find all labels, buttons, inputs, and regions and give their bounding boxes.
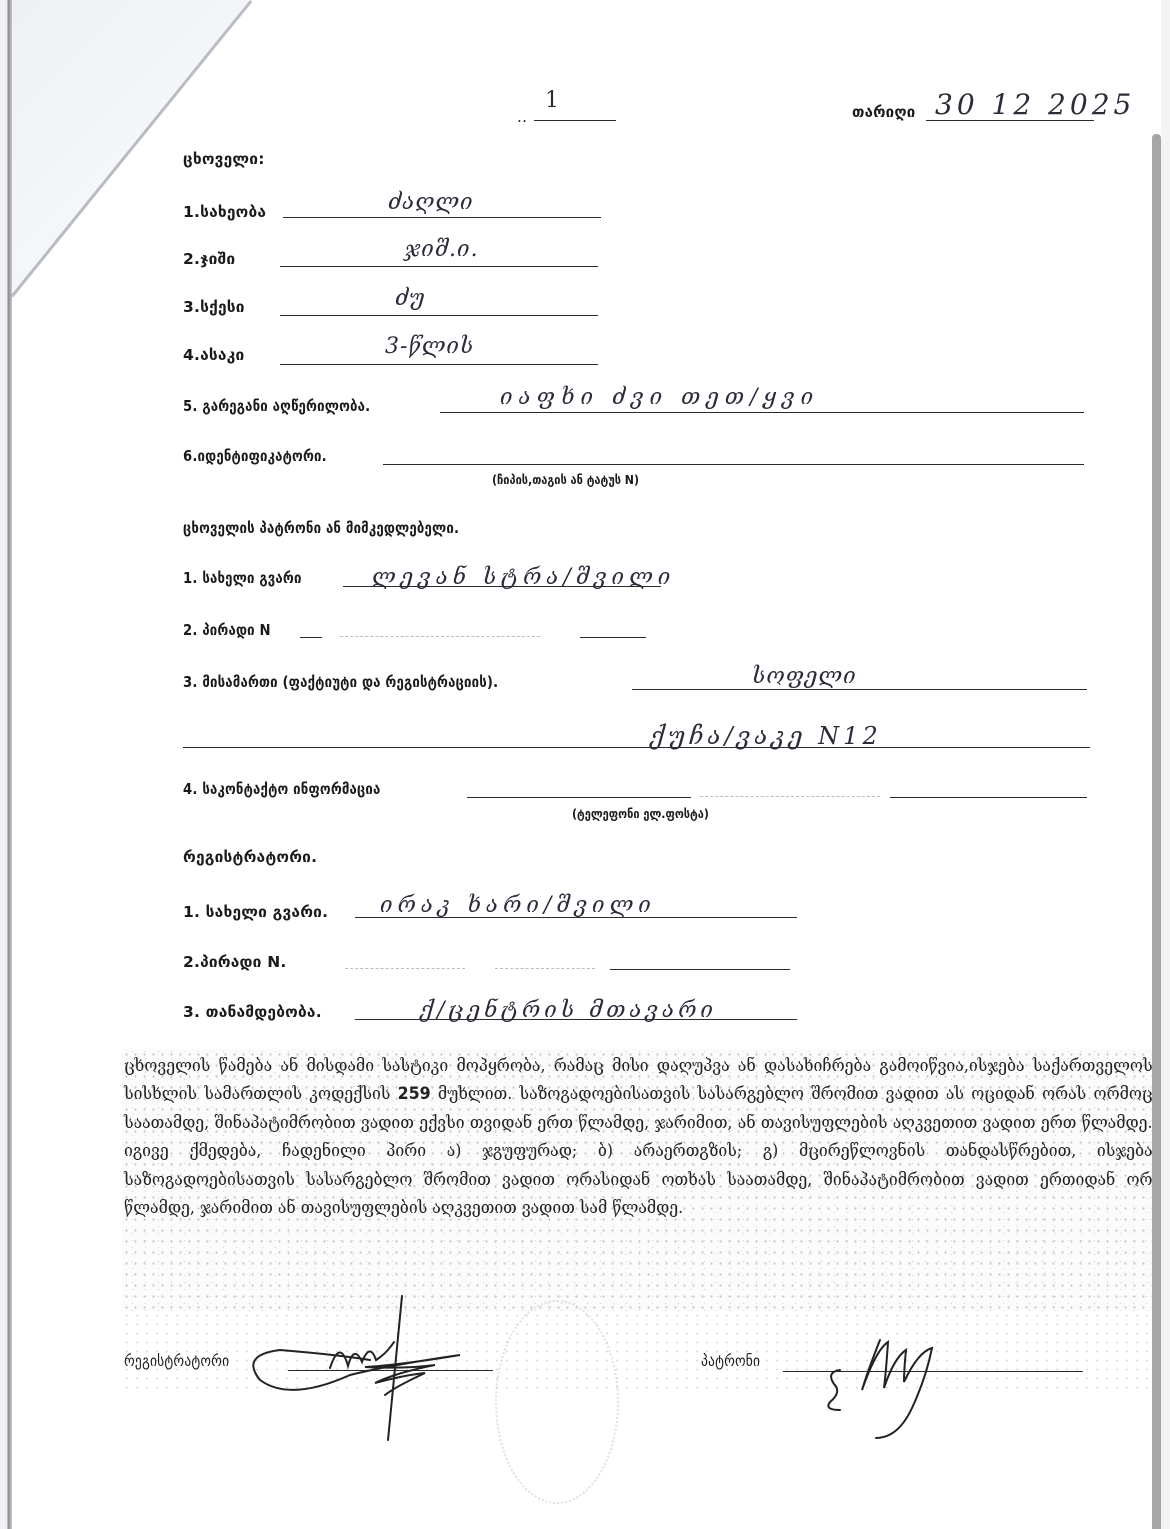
owner-line-personal-id-end (580, 637, 646, 638)
field-line-identifier (383, 464, 1084, 465)
owner-value-address: სოფელი (752, 664, 857, 689)
registrar-label-personal-id: 2.პირადი N. (183, 953, 286, 971)
owner-redacted-contact (700, 796, 880, 797)
field-value-sex: ძუ (395, 286, 426, 311)
owner-redacted-personal-id (340, 636, 540, 637)
owner-line-contact-end (890, 797, 1087, 798)
registrar-line-personal-id (610, 969, 790, 970)
owner-label-address: 3. მისამართი (ფაქტიუტი და რეგისტრაციის). (183, 673, 498, 691)
field-label-breed: 2.ჯიში (183, 250, 235, 268)
scrollbar[interactable] (1152, 134, 1161, 1529)
scan-left-edge (0, 0, 12, 1529)
field-line-sex (280, 315, 598, 316)
owner-value-address-2: ქუჩა/ვაკე N12 (650, 722, 882, 750)
field-line-age (280, 364, 598, 365)
registrar-signature (240, 1290, 500, 1460)
scan-right-edge (1161, 0, 1170, 1529)
contact-hint: (ტელეფონი ელ.ფოსტა) (572, 806, 709, 821)
legal-notice: ცხოველის წამება ან მისდამი სასტიკი მოპყრ… (124, 1052, 1153, 1222)
owner-signature-label: პატრონი (701, 1352, 760, 1370)
owner-line-personal-id-start (300, 637, 322, 638)
date-label: თარიღი (852, 103, 915, 121)
owner-value-name: ლევან სტრა/შვილი (372, 565, 675, 590)
registrar-redacted-personal-id-2 (495, 968, 595, 969)
field-value-age: 3-წლის (385, 334, 474, 359)
animal-section-title: ცხოველი: (183, 150, 265, 168)
owner-signature (820, 1330, 1040, 1450)
owner-line-contact-start (467, 797, 691, 798)
identifier-hint: (ჩიპის,თაგის ან ტატუს N) (492, 472, 639, 487)
registrar-label-position: 3. თანამდებობა. (183, 1003, 322, 1021)
owner-line-address-2 (183, 747, 1090, 748)
owner-line-address (632, 689, 1087, 690)
registrar-value-position: ქ/ცენტრის მთავარი (420, 998, 717, 1023)
legal-article-number: 259 (398, 1084, 431, 1104)
field-label-species: 1.სახეობა (183, 203, 266, 221)
field-line-species (283, 217, 601, 218)
date-value: 30 12 2025 (935, 88, 1135, 121)
faded-stamp (495, 1300, 619, 1504)
field-value-appearance: იაფხი ძვი თეთ/ყვი (500, 385, 819, 410)
field-line-appearance (440, 412, 1084, 413)
registrar-value-name: ირაკ ხარი/შვილი (380, 893, 656, 918)
document-number-line (534, 120, 616, 121)
field-label-age: 4.ასაკი (183, 346, 244, 364)
field-value-species: ძაღლი (388, 190, 474, 215)
registrar-redacted-personal-id-1 (345, 968, 465, 969)
registrar-label-name: 1. სახელი გვარი. (183, 903, 328, 921)
registrar-section-title: რეგისტრატორი. (183, 848, 317, 866)
owner-label-contact: 4. საკონტაქტო ინფორმაცია (183, 780, 381, 798)
owner-section-title: ცხოველის პატრონი ან მიმკედლებელი. (183, 519, 459, 537)
owner-label-personal-id: 2. პირადი N (183, 621, 271, 639)
field-label-sex: 3.სქესი (183, 298, 245, 316)
field-value-breed: ჯიშ.ი. (405, 237, 479, 262)
legal-notice-text-after: მუხლით. საზოგადოებისათვის სასარგებლო შრო… (124, 1084, 1153, 1218)
registrar-signature-label: რეგისტრატორი (124, 1352, 229, 1370)
field-label-identifier: 6.იდენტიფიკატორი. (183, 447, 327, 465)
document-number-prefix: .. (517, 108, 527, 126)
document-number-value: 1 (545, 88, 560, 113)
field-label-appearance: 5. გარეგანი აღწერილობა. (183, 397, 370, 415)
field-line-breed (280, 266, 598, 267)
owner-label-name: 1. სახელი გვარი (183, 569, 302, 587)
